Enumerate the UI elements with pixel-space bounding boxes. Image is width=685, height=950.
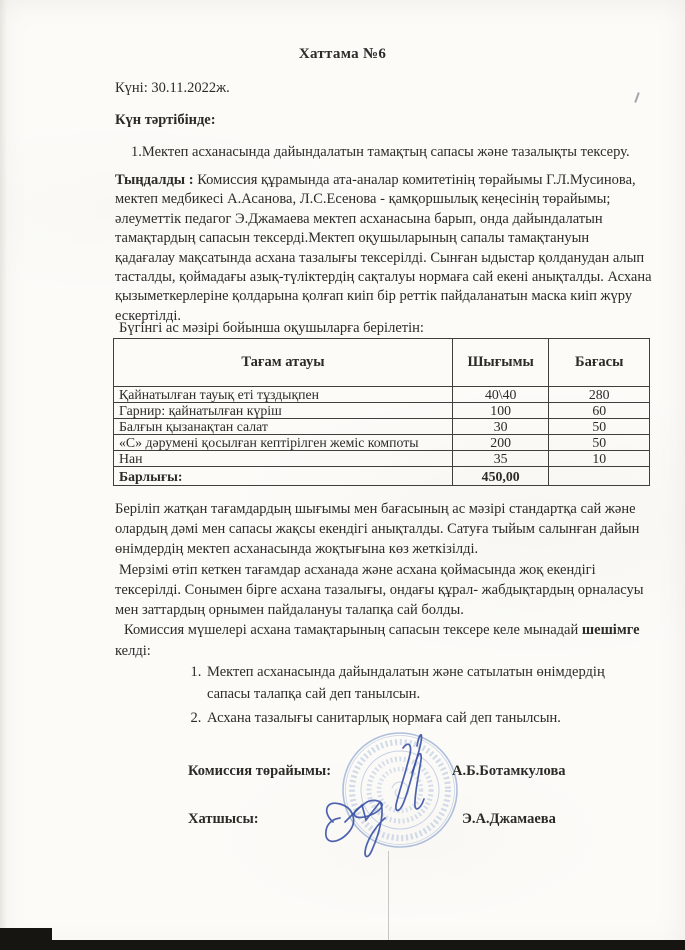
- agenda-item: 1.Мектеп асханасында дайындалатын тамақт…: [131, 144, 630, 161]
- total-label: Барлығы:: [114, 467, 453, 486]
- table-row: Нан 35 10: [114, 451, 650, 467]
- cell-dish: Қайнатылған тауық еті тұздықпен: [114, 387, 453, 403]
- table-header-row: Тағам атауы Шығымы Бағасы: [114, 339, 650, 387]
- agenda-heading: Күн тәртібінде:: [115, 112, 216, 129]
- decision-intro-tail: келді:: [115, 643, 151, 659]
- cell-price: 60: [549, 403, 650, 419]
- scan-crease-line: [388, 851, 389, 943]
- secretary-name: Э.А.Джамаева: [462, 811, 556, 828]
- menu-intro-line: Бүгінгі ас мәзірі бойынша оқушыларға бер…: [119, 320, 424, 337]
- total-empty-cell: [549, 467, 650, 486]
- findings-paragraph-2: Мерзімі өтіп кеткен тағамдар асханада жә…: [115, 560, 657, 621]
- cell-output: 200: [452, 435, 549, 451]
- findings-paragraph-1: Беріліп жатқан тағамдардың шығымы мен ба…: [115, 499, 657, 560]
- scan-black-bottom-bar: [0, 940, 685, 950]
- menu-table: Тағам атауы Шығымы Бағасы Қайнатылған та…: [113, 338, 650, 486]
- decision-intro: Комиссия мүшелері асхана тамақтарының са…: [115, 620, 650, 662]
- col-header-output: Шығымы: [452, 339, 549, 387]
- total-value: 450,00: [452, 467, 549, 486]
- secretary-signature-label: Хатшысы:: [188, 811, 259, 828]
- decision-intro-text: Комиссия мүшелері асхана тамақтарының са…: [124, 622, 578, 638]
- table-row: Қайнатылған тауық еті тұздықпен 40\40 28…: [114, 387, 650, 403]
- document-title: Хаттама №6: [0, 46, 685, 63]
- chair-signature-icon: [354, 735, 424, 818]
- chair-name: А.Б.Ботамкулова: [452, 763, 566, 780]
- stray-pen-mark: [634, 92, 640, 103]
- cell-price: 10: [549, 451, 650, 467]
- cell-output: 40\40: [452, 387, 549, 403]
- scan-edge-shading: [0, 0, 7, 950]
- chair-signature-label: Комиссия төрайымы:: [188, 763, 331, 780]
- table-row: Балғын қызанақтан салат 30 50: [114, 419, 650, 435]
- date-line: Күні: 30.11.2022ж.: [115, 80, 230, 97]
- scanned-protocol-page: Хаттама №6 Күні: 30.11.2022ж. Күн тәртіб…: [0, 0, 685, 950]
- decision-intro-bold: шешімге: [582, 622, 640, 638]
- cell-price: 50: [549, 419, 650, 435]
- col-header-dish: Тағам атауы: [114, 339, 453, 387]
- table-total-row: Барлығы: 450,00: [114, 467, 650, 486]
- cell-output: 100: [452, 403, 549, 419]
- col-header-price: Бағасы: [549, 339, 650, 387]
- signatures-overlay: [300, 700, 490, 870]
- cell-dish: «С» дәрумені қосылған кептірілген жеміс …: [114, 435, 453, 451]
- heard-label: Тыңдалды :: [115, 172, 194, 188]
- findings-section: Беріліп жатқан тағамдардың шығымы мен ба…: [115, 499, 657, 620]
- cell-price: 50: [549, 435, 650, 451]
- cell-dish: Нан: [114, 451, 453, 467]
- heard-text: Комиссия құрамында ата-аналар комитетіні…: [115, 172, 652, 324]
- table-row: «С» дәрумені қосылған кептірілген жеміс …: [114, 435, 650, 451]
- cell-output: 30: [452, 419, 549, 435]
- heard-paragraph: Тыңдалды : Комиссия құрамында ата-аналар…: [115, 171, 652, 326]
- cell-dish: Гарнир: қайнатылған күріш: [114, 403, 453, 419]
- cell-price: 280: [549, 387, 650, 403]
- table-row: Гарнир: қайнатылған күріш 100 60: [114, 403, 650, 419]
- cell-output: 35: [452, 451, 549, 467]
- cell-dish: Балғын қызанақтан салат: [114, 419, 453, 435]
